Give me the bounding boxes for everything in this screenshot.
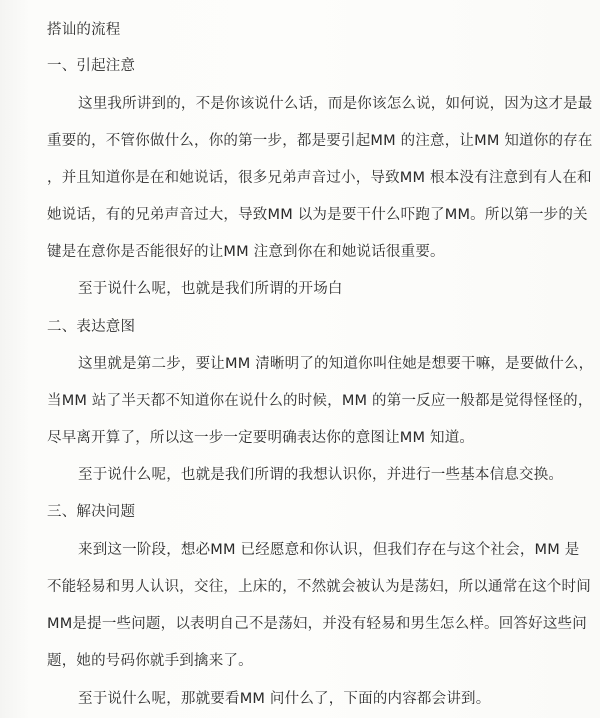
paragraph-line: 来到这一阶段，想必MM 已经愿意和你认识，但我们存在与这个社会，MM 是 bbox=[78, 541, 593, 559]
paragraph-line: 当MM 站了半天都不知道你在说什么的时候，MM 的第一反应一般都是觉得怪怪的， bbox=[47, 392, 562, 410]
paragraph-line: 尽早离开算了，所以这一步一定要明确表达你的意图让MM 知道。 bbox=[47, 429, 562, 447]
paragraph-line: 重要的，不管你做什么，你的第一步，都是要引起MM 的注意，让MM 知道你的存在 bbox=[47, 132, 562, 150]
document-page: 搭讪的流程 一、引起注意 这里我所讲到的，不是你该说什么话，而是你该怎么说，如何… bbox=[0, 0, 600, 718]
section-heading-2: 二、表达意图 bbox=[47, 318, 562, 336]
document-title: 搭讪的流程 bbox=[47, 21, 562, 39]
paragraph-line: 这里就是第二步，要让MM 清晰明了的知道你叫住她是想要干嘛，是要做什么， bbox=[78, 355, 593, 373]
section-heading-3: 三、解决问题 bbox=[47, 503, 562, 521]
paragraph-line: 她说话，有的兄弟声音过大，导致MM 以为是要干什么吓跑了MM。所以第一步的关 bbox=[47, 206, 562, 224]
paragraph-line: 不能轻易和男人认识，交往，上床的，不然就会被认为是荡妇，所以通常在这个时间 bbox=[47, 578, 562, 596]
section-note: 至于说什么呢，也就是我们所谓的我想认识你，并进行一些基本信息交换。 bbox=[78, 466, 593, 484]
section-note: 至于说什么呢，那就要看MM 问什么了，下面的内容都会讲到。 bbox=[78, 690, 593, 708]
paragraph-line: 键是在意你是否能很好的让MM 注意到你在和她说话很重要。 bbox=[47, 243, 562, 261]
paragraph-line: 这里我所讲到的，不是你该说什么话，而是你该怎么说，如何说，因为这才是最 bbox=[78, 95, 593, 113]
section-note: 至于说什么呢，也就是我们所谓的开场白 bbox=[78, 280, 593, 298]
paragraph-line: 题，她的号码你就手到擒来了。 bbox=[47, 652, 562, 670]
section-heading-1: 一、引起注意 bbox=[47, 57, 562, 75]
paragraph-line: MM是提一些问题，以表明自己不是荡妇，并没有轻易和男生怎么样。回答好这些问 bbox=[47, 615, 562, 633]
paragraph-line: ，并且知道你是在和她说话，很多兄弟声音过小，导致MM 根本没有注意到有人在和 bbox=[47, 169, 562, 187]
